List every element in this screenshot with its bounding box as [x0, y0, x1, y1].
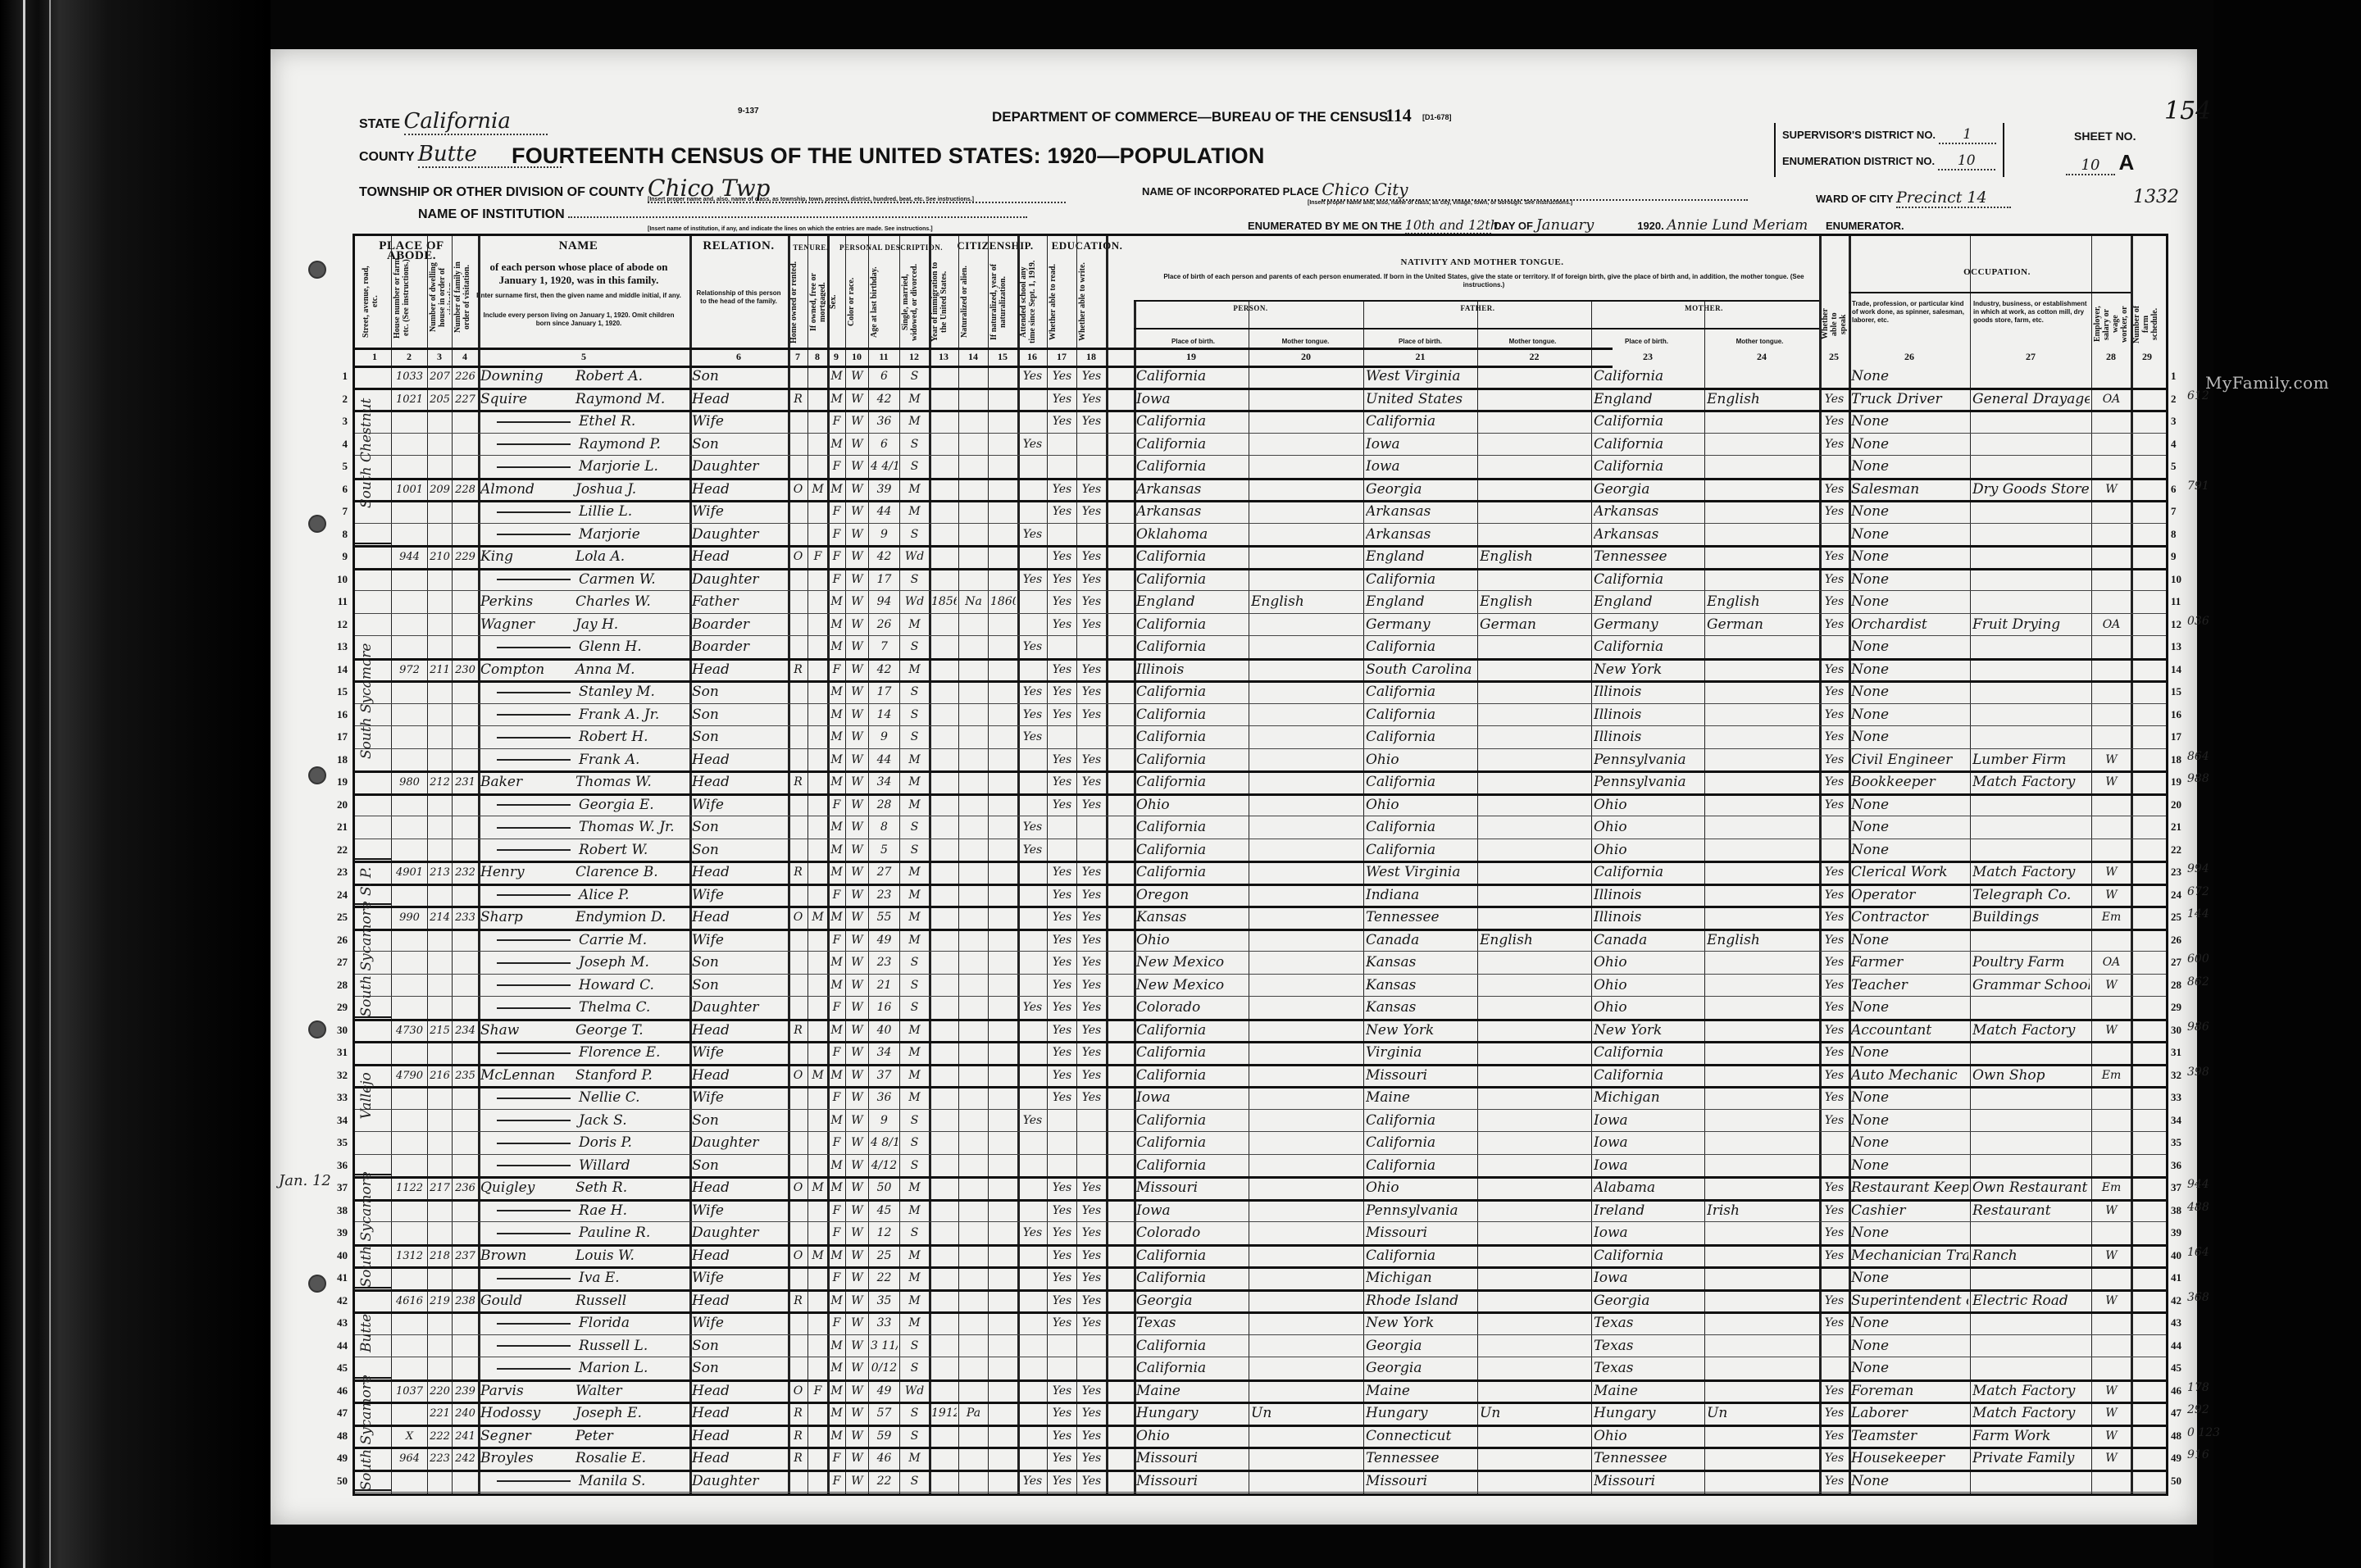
cell-write — [1079, 1110, 1104, 1133]
cell-sex: M — [830, 704, 844, 727]
cell-natyr — [990, 456, 1016, 479]
cell-industry — [1972, 1042, 2090, 1065]
row-number: 31 — [328, 1046, 348, 1059]
cell-mt — [1251, 681, 1362, 704]
cell-occ: None — [1851, 569, 1968, 592]
given-name: Howard C. — [574, 977, 654, 993]
cell-emp — [2094, 726, 2129, 749]
row-number-right: 43 — [2171, 1316, 2181, 1329]
cell-relation: Father — [692, 591, 786, 614]
cell-marital: S — [902, 997, 927, 1020]
cell-fpob: Kansas — [1366, 975, 1476, 998]
cell-read: Yes — [1049, 411, 1075, 434]
cell-occ: Laborer — [1851, 1402, 1968, 1425]
cell-relation: Daughter — [692, 456, 786, 479]
cell-fpob: California — [1366, 681, 1476, 704]
cell-dwelling — [430, 975, 450, 998]
cell-mt — [1251, 546, 1362, 569]
cell-own — [790, 726, 806, 749]
cell-own: R — [790, 1290, 806, 1313]
cell-mmt — [1707, 1087, 1817, 1110]
person-name: Doris P. — [480, 1132, 688, 1155]
surname: Segner — [480, 1425, 571, 1448]
cell-fpob: South Carolina — [1366, 659, 1476, 682]
cell-school: Yes — [1020, 704, 1045, 727]
cell-dwelling — [430, 1267, 450, 1290]
cell-school — [1020, 1177, 1045, 1200]
row-number-right: 28 — [2171, 979, 2181, 992]
cell-pob: California — [1136, 1245, 1247, 1268]
cell-mort — [810, 659, 826, 682]
cell-pob: California — [1136, 1132, 1247, 1155]
cell-natyr — [990, 952, 1016, 975]
ditto-dash — [497, 759, 571, 761]
enumerated-label: ENUMERATED BY ME ON THE — [1248, 220, 1402, 232]
cell-marital: M — [902, 501, 927, 524]
table-row: PerkinsCharles W.FatherMW94Wd1856Na1860Y… — [355, 591, 2166, 614]
incorporated-place-note: [Insert proper name and, also, name of c… — [1308, 200, 1572, 206]
cell-family: 231 — [454, 771, 476, 794]
cell-mpob: Arkansas — [1594, 524, 1703, 547]
cell-industry: Lumber Firm — [1972, 749, 2090, 772]
cell-race: W — [848, 997, 867, 1020]
cell-house — [393, 1402, 425, 1425]
cell-english: Yes — [1822, 952, 1847, 975]
cell-mmt — [1707, 1357, 1817, 1380]
cell-read — [1049, 1335, 1075, 1358]
street-label: South Sycamore — [358, 904, 388, 1017]
cell-pob: California — [1136, 1267, 1247, 1290]
given-name: Charles W. — [571, 593, 651, 610]
cell-mt — [1251, 1267, 1362, 1290]
cell-emp — [2094, 366, 2129, 389]
grid-hline — [355, 348, 1613, 350]
cell-fmt — [1480, 952, 1590, 975]
cell-natyr — [990, 1335, 1016, 1358]
cell-english: Yes — [1822, 1290, 1847, 1313]
cell-immig — [931, 884, 957, 907]
cell-sex: M — [830, 681, 844, 704]
cell-marital: Wd — [902, 1380, 927, 1403]
cell-pob: Iowa — [1136, 389, 1247, 411]
column-label: Color or race. — [847, 259, 867, 345]
cell-family: 228 — [454, 479, 476, 502]
row-number-right: 31 — [2171, 1046, 2181, 1059]
cell-english — [1822, 1335, 1847, 1358]
given-name: Seth R. — [571, 1179, 627, 1196]
cell-school: Yes — [1020, 434, 1045, 457]
cell-nat — [961, 1042, 986, 1065]
cell-mpob: Germany — [1594, 614, 1703, 637]
cell-fmt — [1480, 839, 1590, 862]
cell-relation: Son — [692, 434, 786, 457]
cell-fpob: Ohio — [1366, 1177, 1476, 1200]
ditto-dash — [497, 962, 571, 964]
person-name: SharpEndymion D. — [480, 907, 688, 929]
cell-english: Yes — [1822, 1110, 1847, 1133]
cell-english — [1822, 456, 1847, 479]
cell-fmt — [1480, 1020, 1590, 1043]
cell-own: O — [790, 907, 806, 929]
cell-sex: M — [830, 749, 844, 772]
cell-read — [1049, 1132, 1075, 1155]
ditto-dash — [497, 511, 571, 513]
nativity-description: Place of birth of each person and parent… — [1144, 273, 1824, 289]
cell-fpob: New York — [1366, 1312, 1476, 1335]
ditto-dash — [497, 1120, 571, 1121]
column-label: Whether able to speak English. — [1821, 302, 1847, 347]
cell-pob: Kansas — [1136, 907, 1247, 929]
cell-age: 42 — [871, 389, 898, 411]
cell-sex: F — [830, 1448, 844, 1470]
cell-industry — [1972, 704, 2090, 727]
given-name: Florence E. — [574, 1044, 660, 1061]
cell-pob: California — [1136, 1335, 1247, 1358]
cell-own — [790, 1335, 806, 1358]
given-name: Carrie M. — [574, 932, 647, 948]
cell-occ: Farmer — [1851, 952, 1968, 975]
cell-pob: New Mexico — [1136, 952, 1247, 975]
cell-fmt — [1480, 1267, 1590, 1290]
table-row: 221240HodossyJoseph E.HeadRMW57S1912PaYe… — [355, 1402, 2166, 1425]
column-label: Street, avenue, road, etc. — [362, 261, 389, 343]
cell-house: 1122 — [393, 1177, 425, 1200]
cell-house — [393, 1312, 425, 1335]
cell-race: W — [848, 411, 867, 434]
cell-emp: W — [2094, 749, 2129, 772]
cell-english: Yes — [1822, 1470, 1847, 1493]
cell-sex: F — [830, 884, 844, 907]
cell-dwelling: 213 — [430, 861, 450, 884]
sheet-number-label: SHEET NO. — [2074, 130, 2136, 143]
cell-mort — [810, 884, 826, 907]
column-number: 29 — [2131, 351, 2163, 363]
cell-fpob: Kansas — [1366, 952, 1476, 975]
cell-mmt — [1707, 952, 1817, 975]
cell-dwelling — [430, 1132, 450, 1155]
cell-english — [1822, 366, 1847, 389]
cell-house — [393, 704, 425, 727]
cell-occ: Orchardist — [1851, 614, 1968, 637]
incorporated-place-value: Chico City — [1322, 180, 1748, 201]
cell-mmt — [1707, 1065, 1817, 1088]
cell-own — [790, 434, 806, 457]
cell-pob: California — [1136, 1042, 1247, 1065]
cell-sex: M — [830, 952, 844, 975]
cell-emp: W — [2094, 1448, 2129, 1470]
cell-race: W — [848, 1290, 867, 1313]
table-row: Pauline R.DaughterFW12SYesYesYesColorado… — [355, 1222, 2166, 1245]
cell-mmt — [1707, 1335, 1817, 1358]
table-row: Alice P.WifeFW23MYesYesOregonIndianaIlli… — [355, 884, 2166, 907]
cell-pob: Colorado — [1136, 1222, 1247, 1245]
column-number: 21 — [1363, 351, 1477, 363]
row-number-right: 3 — [2171, 415, 2177, 428]
cell-mmt — [1707, 681, 1817, 704]
cell-race: W — [848, 1020, 867, 1043]
cell-relation: Head — [692, 1065, 786, 1088]
cell-fpob: California — [1366, 1155, 1476, 1178]
cell-race: W — [848, 1470, 867, 1493]
column-label: If owned, free or mortgaged. — [809, 259, 826, 345]
table-row: 964223242BroylesRosalie E.HeadRFW46MYesY… — [355, 1448, 2166, 1470]
cell-immig — [931, 479, 957, 502]
cell-fmt: English — [1480, 546, 1590, 569]
cell-age: 35 — [871, 1290, 898, 1313]
cell-relation: Wife — [692, 884, 786, 907]
table-row: Thomas W. Jr.SonMW8SYesCaliforniaCalifor… — [355, 816, 2166, 839]
cell-sex: M — [830, 1380, 844, 1403]
cell-natyr — [990, 861, 1016, 884]
cell-emp — [2094, 681, 2129, 704]
cell-family: 236 — [454, 1177, 476, 1200]
column-number: 2 — [391, 351, 427, 363]
cell-occ: None — [1851, 1110, 1968, 1133]
row-number-right: 7 — [2171, 505, 2177, 518]
table-row: FloridaWifeFW33MYesYesTexasNew YorkTexas… — [355, 1312, 2166, 1335]
row-number: 21 — [328, 820, 348, 834]
person-name: Jack S. — [480, 1110, 688, 1133]
cell-family: 232 — [454, 861, 476, 884]
cell-write — [1079, 1357, 1104, 1380]
cell-industry: Match Factory — [1972, 861, 2090, 884]
cell-natyr — [990, 636, 1016, 659]
cell-mort — [810, 1020, 826, 1043]
cell-write: Yes — [1079, 884, 1104, 907]
cell-natyr — [990, 389, 1016, 411]
cell-immig — [931, 929, 957, 952]
cell-nat — [961, 614, 986, 637]
cell-mt — [1251, 524, 1362, 547]
cell-sex: F — [830, 1470, 844, 1493]
person-name: Marjorie L. — [480, 456, 688, 479]
given-name: Willard — [574, 1157, 630, 1174]
ditto-dash — [497, 1368, 571, 1370]
cell-school — [1020, 975, 1045, 998]
column-label: Employer, salary or wage worker, or work… — [2093, 302, 2129, 347]
cell-fpob: Tennessee — [1366, 1448, 1476, 1470]
cell-mmt — [1707, 501, 1817, 524]
cell-fpob: England — [1366, 546, 1476, 569]
cell-read: Yes — [1049, 952, 1075, 975]
cell-fmt — [1480, 907, 1590, 929]
cell-age: 4 8/12 — [871, 1132, 898, 1155]
row-number: 18 — [328, 753, 348, 766]
cell-family: 239 — [454, 1380, 476, 1403]
cell-relation: Wife — [692, 1267, 786, 1290]
cell-occ: Clerical Work — [1851, 861, 1968, 884]
cell-fpob: Iowa — [1366, 434, 1476, 457]
cell-own: R — [790, 1425, 806, 1448]
street-label: South Sycamore — [358, 1378, 388, 1491]
cell-dwelling — [430, 1155, 450, 1178]
cell-sex: F — [830, 1200, 844, 1223]
cell-age: 59 — [871, 1425, 898, 1448]
cell-race: W — [848, 749, 867, 772]
column-number: 24 — [1704, 351, 1819, 363]
cell-nat — [961, 434, 986, 457]
cell-race: W — [848, 952, 867, 975]
column-number: 15 — [988, 351, 1017, 363]
cell-read: Yes — [1049, 749, 1075, 772]
cell-own — [790, 1470, 806, 1493]
cell-industry — [1972, 501, 2090, 524]
cell-mmt — [1707, 1470, 1817, 1493]
cell-emp: W — [2094, 1020, 2129, 1043]
cell-marital: M — [902, 1177, 927, 1200]
cell-fpob: California — [1366, 1132, 1476, 1155]
cell-mpob: England — [1594, 389, 1703, 411]
cell-mmt: English — [1707, 389, 1817, 411]
cell-sex: M — [830, 771, 844, 794]
cell-mt — [1251, 997, 1362, 1020]
surname: Gould — [480, 1290, 571, 1312]
cell-immig — [931, 636, 957, 659]
cell-sex: M — [830, 1110, 844, 1133]
cell-mmt — [1707, 726, 1817, 749]
cell-own: R — [790, 1402, 806, 1425]
cell-immig — [931, 726, 957, 749]
cell-fmt — [1480, 1290, 1590, 1313]
cell-read: Yes — [1049, 1267, 1075, 1290]
cell-marital: S — [902, 1132, 927, 1155]
person-name: Russell L. — [480, 1335, 688, 1358]
cell-mort: F — [810, 546, 826, 569]
cell-mpob: Georgia — [1594, 1290, 1703, 1313]
cell-school — [1020, 1312, 1045, 1335]
cell-industry: Match Factory — [1972, 1380, 2090, 1403]
cell-own: R — [790, 389, 806, 411]
cell-mt — [1251, 929, 1362, 952]
cell-mt — [1251, 1132, 1362, 1155]
cell-immig — [931, 614, 957, 637]
cell-occ: None — [1851, 659, 1968, 682]
cell-race: W — [848, 389, 867, 411]
cell-school — [1020, 884, 1045, 907]
ward-field: WARD OF CITY Precinct 14 — [1816, 189, 2011, 208]
cell-family — [454, 411, 476, 434]
cell-race: W — [848, 681, 867, 704]
cell-immig — [931, 456, 957, 479]
cell-write: Yes — [1079, 1380, 1104, 1403]
cell-mpob: Iowa — [1594, 1222, 1703, 1245]
column-number: 5 — [478, 351, 689, 363]
cell-mpob: Ohio — [1594, 816, 1703, 839]
cell-industry — [1972, 1312, 2090, 1335]
cell-industry — [1972, 997, 2090, 1020]
cell-mmt — [1707, 569, 1817, 592]
district-box: SUPERVISOR'S DISTRICT NO. 1 ENUMERATION … — [1774, 123, 2004, 177]
person-name: Robert H. — [480, 726, 688, 749]
cell-house: 990 — [393, 907, 425, 929]
cell-school — [1020, 1380, 1045, 1403]
cell-mpob: Texas — [1594, 1312, 1703, 1335]
cell-sex: F — [830, 1312, 844, 1335]
cell-read: Yes — [1049, 1245, 1075, 1268]
cell-dwelling — [430, 569, 450, 592]
cell-sex: F — [830, 1222, 844, 1245]
row-number: 1 — [328, 370, 348, 383]
cell-mort — [810, 389, 826, 411]
cell-school: Yes — [1020, 1110, 1045, 1133]
margin-note: 672 — [2187, 885, 2209, 898]
cell-nat — [961, 389, 986, 411]
group-person: PERSON. — [1138, 303, 1363, 313]
cell-english: Yes — [1822, 1448, 1847, 1470]
cell-age: 34 — [871, 771, 898, 794]
cell-age: 17 — [871, 569, 898, 592]
cell-nat: Na — [961, 591, 986, 614]
cell-age: 36 — [871, 411, 898, 434]
punch-hole — [308, 766, 326, 784]
row-number-right: 39 — [2171, 1226, 2181, 1239]
row-number: 10 — [328, 573, 348, 586]
cell-marital: M — [902, 1267, 927, 1290]
cell-english: Yes — [1822, 1380, 1847, 1403]
cell-emp — [2094, 997, 2129, 1020]
cell-natyr — [990, 614, 1016, 637]
cell-read: Yes — [1049, 591, 1075, 614]
column-number: 4 — [452, 351, 478, 363]
cell-school: Yes — [1020, 1222, 1045, 1245]
cell-sex: M — [830, 1335, 844, 1358]
cell-dwelling: 223 — [430, 1448, 450, 1470]
cell-fpob: Germany — [1366, 614, 1476, 637]
cell-school: Yes — [1020, 839, 1045, 862]
cell-nat — [961, 884, 986, 907]
cell-occ: None — [1851, 546, 1968, 569]
cell-nat — [961, 1065, 986, 1088]
row-number-right: 40 — [2171, 1249, 2181, 1262]
cell-write: Yes — [1079, 1470, 1104, 1493]
given-name: Louis W. — [571, 1248, 635, 1264]
cell-relation: Son — [692, 839, 786, 862]
cell-write: Yes — [1079, 614, 1104, 637]
table-row: 944210229KingLola A.HeadOFFW42WdYesYesCa… — [355, 546, 2166, 569]
cell-dwelling: 221 — [430, 1402, 450, 1425]
cell-fpob: Georgia — [1366, 1357, 1476, 1380]
row-number-right: 36 — [2171, 1159, 2181, 1172]
cell-house — [393, 1335, 425, 1358]
cell-relation: Head — [692, 1020, 786, 1043]
row-number: 24 — [328, 889, 348, 902]
cell-occ: Truck Driver — [1851, 389, 1968, 411]
cell-age: 26 — [871, 614, 898, 637]
cell-immig — [931, 1087, 957, 1110]
cell-mmt — [1707, 1425, 1817, 1448]
cell-race: W — [848, 1155, 867, 1178]
cell-house — [393, 524, 425, 547]
cell-industry: Buildings — [1972, 907, 2090, 929]
cell-dwelling — [430, 1357, 450, 1380]
cell-industry — [1972, 816, 2090, 839]
cell-natyr — [990, 884, 1016, 907]
cell-mort — [810, 569, 826, 592]
cell-age: 46 — [871, 1448, 898, 1470]
cell-marital: S — [902, 839, 927, 862]
cell-marital: S — [902, 681, 927, 704]
cell-occ: Teacher — [1851, 975, 1968, 998]
cell-english: Yes — [1822, 975, 1847, 998]
cell-natyr — [990, 1132, 1016, 1155]
cell-dwelling — [430, 749, 450, 772]
cell-mmt — [1707, 1290, 1817, 1313]
row-number-right: 2 — [2171, 393, 2177, 406]
subhead-pob-mother: Place of birth. — [1591, 337, 1702, 347]
cell-mt — [1251, 411, 1362, 434]
cell-dwelling — [430, 929, 450, 952]
cell-nat — [961, 1200, 986, 1223]
